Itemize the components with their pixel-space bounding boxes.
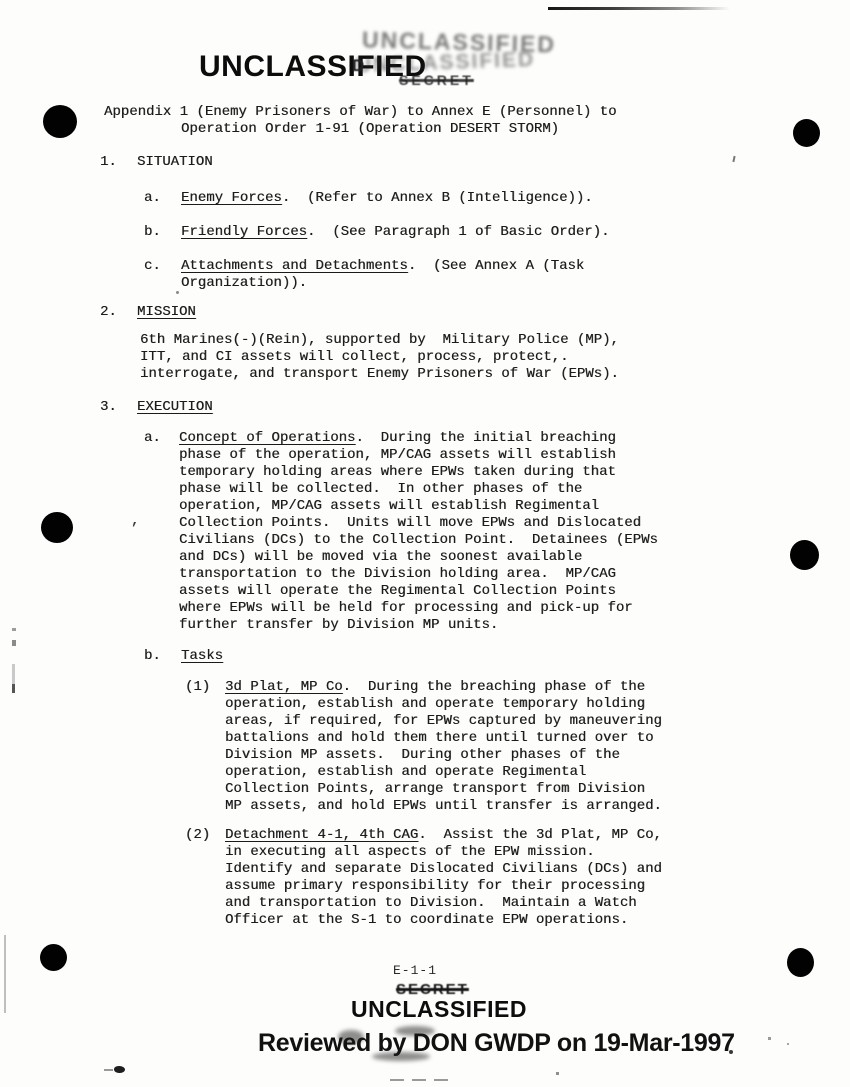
item-enemy-forces: Enemy Forces. (Refer to Annex B (Intelli…: [181, 190, 593, 207]
hole-punch-mark: [40, 944, 67, 971]
stamp-smudge-artifact: [372, 1052, 430, 1061]
section-number: 1.: [100, 154, 117, 171]
section-heading-execution: EXECUTION: [137, 399, 213, 416]
task-label: 3d Plat, MP Co: [225, 679, 343, 695]
scan-edge-artifact: [4, 935, 6, 1013]
page-number: E-1-1: [393, 963, 437, 978]
item-label: Enemy Forces: [181, 190, 282, 206]
item-marker: a.: [144, 430, 161, 447]
scan-edge-line: [548, 7, 730, 10]
scan-speck: [176, 291, 179, 294]
appendix-title-line1: Appendix 1 (Enemy Prisoners of War) to A…: [104, 104, 616, 121]
task-marker: (1): [185, 679, 210, 696]
appendix-title-line2: Operation Order 1-91 (Operation DESERT S…: [181, 121, 559, 138]
scanned-document: { "page": { "header": { "unclassified": …: [0, 0, 850, 1087]
struck-secret-marking: SECRET: [399, 72, 474, 88]
scan-ghost-dashes: [390, 1079, 454, 1081]
section-heading-situation: SITUATION: [137, 154, 213, 171]
scan-speck: [732, 156, 735, 162]
ink-blob: [114, 1066, 125, 1073]
item-label: Friendly Forces: [181, 224, 307, 240]
item-friendly-forces: Friendly Forces. (See Paragraph 1 of Bas…: [181, 224, 609, 241]
item-marker: b.: [144, 648, 161, 665]
item-text: . (Refer to Annex B (Intelligence)).: [282, 190, 593, 206]
hole-punch-mark: [787, 948, 814, 977]
scan-line-artifact: [12, 684, 15, 693]
hole-punch-mark: [43, 105, 77, 138]
hole-punch-mark: [790, 540, 819, 570]
task-3d-plat-mp-co: 3d Plat, MP Co. During the breaching pha…: [225, 679, 662, 815]
review-note: Reviewed by DON GWDP on 19-Mar-1997: [258, 1029, 735, 1058]
hole-punch-mark: [41, 512, 73, 543]
hole-punch-mark: [793, 119, 820, 147]
stray-comma-artifact: ,: [131, 513, 139, 530]
stamp-fragment: D: [352, 56, 364, 76]
item-marker: a.: [144, 190, 161, 207]
section-number: 3.: [100, 399, 117, 416]
scan-speck: [768, 1037, 771, 1040]
task-text: . During the breaching phase of the oper…: [225, 679, 662, 814]
mission-paragraph: 6th Marines(-)(Rein), supported by Milit…: [140, 332, 619, 383]
scan-speck: [104, 1069, 113, 1071]
tasks-heading: Tasks: [181, 648, 223, 665]
header-unclassified-stamp: UNCLASSIFIED: [199, 50, 427, 84]
item-attachments: Attachments and Detachments. (See Annex …: [181, 258, 584, 292]
concept-of-operations-paragraph: Concept of Operations. During the initia…: [179, 430, 658, 634]
task-label: Detachment 4-1, 4th CAG: [225, 827, 418, 843]
scan-speck: [12, 640, 16, 646]
scan-speck: [556, 1072, 559, 1075]
scan-speck: [12, 628, 16, 631]
scan-speck: [787, 1043, 789, 1045]
footer-unclassified-stamp: UNCLASSIFIED: [351, 996, 527, 1023]
stamp-smudge-artifact: [338, 1030, 364, 1044]
section-number: 2.: [100, 304, 117, 321]
item-text: . During the initial breaching phase of …: [179, 430, 658, 633]
item-label: Concept of Operations: [179, 430, 355, 446]
item-marker: b.: [144, 224, 161, 241]
task-detachment-4-1: Detachment 4-1, 4th CAG. Assist the 3d P…: [225, 827, 662, 929]
task-marker: (2): [185, 827, 210, 844]
period-artifact: [729, 1050, 733, 1054]
item-marker: c.: [144, 258, 161, 275]
item-label: Attachments and Detachments: [181, 258, 408, 274]
section-heading-mission: MISSION: [137, 304, 196, 321]
stamp-smudge-artifact: [395, 1026, 435, 1036]
scan-line-artifact: [12, 664, 15, 686]
item-text: . (See Paragraph 1 of Basic Order).: [307, 224, 609, 240]
